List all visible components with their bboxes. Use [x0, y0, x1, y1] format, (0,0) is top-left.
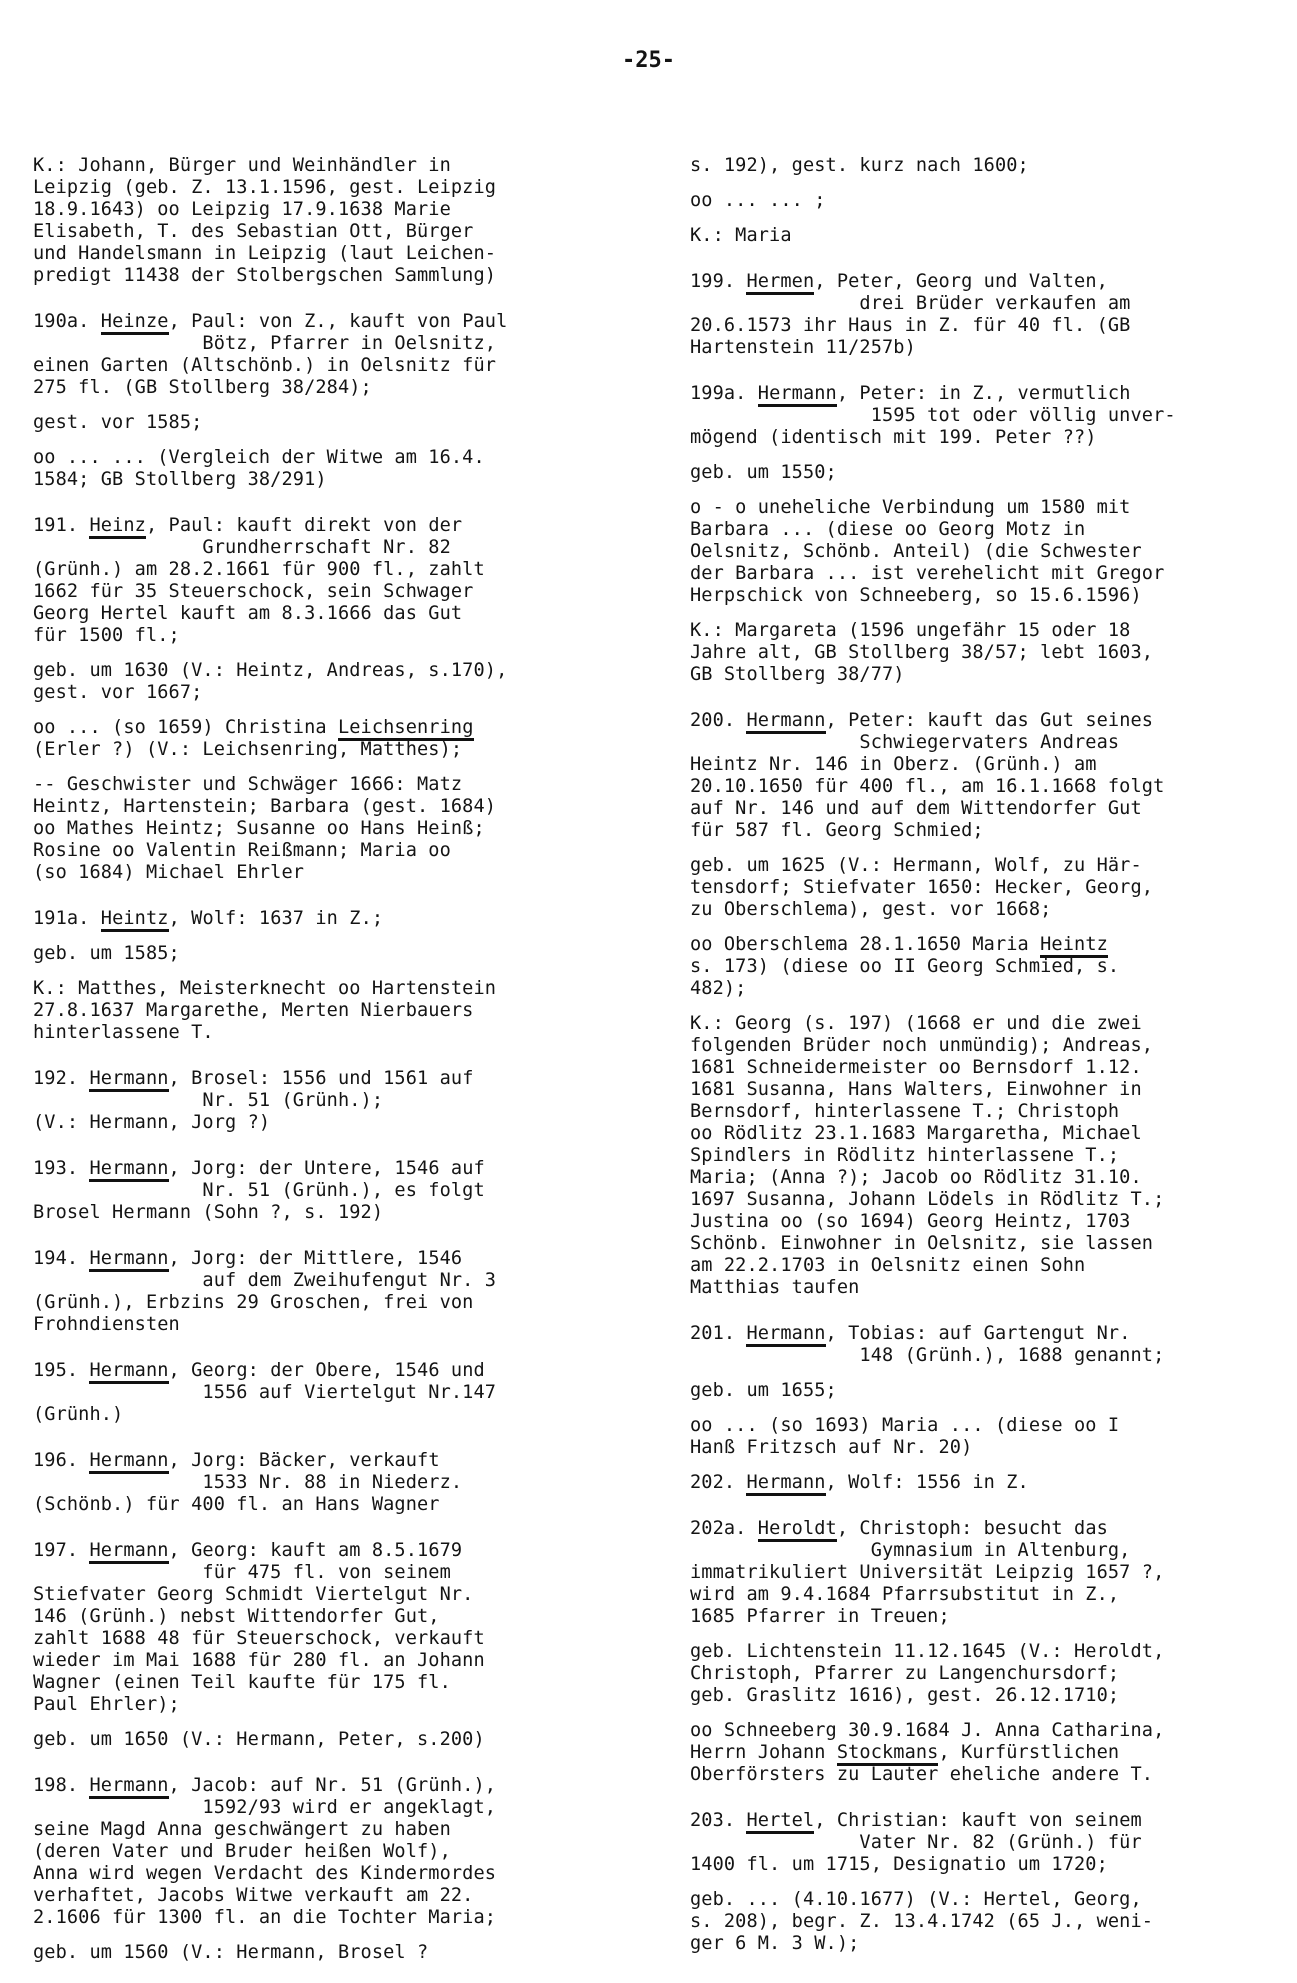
underlined-name: Heintz — [1040, 934, 1108, 958]
text-line: 195. Hermann, Georg: der Obere, 1546 und — [33, 1360, 633, 1382]
text-line: 1662 für 35 Steuerschock, sein Schwager — [33, 581, 633, 603]
text-line: oo ... (so 1659) Christina Leichsenring — [33, 717, 633, 739]
text-line: 203. Hertel, Christian: kauft von seinem — [690, 1810, 1290, 1832]
page-number: -25- — [0, 48, 1297, 73]
register-entry: 202a. Heroldt, Christoph: besucht das Gy… — [690, 1518, 1290, 1628]
text-line: 20.10.1650 für 400 fl., am 16.1.1668 fol… — [690, 776, 1290, 798]
text-line: s. 173) (diese oo II Georg Schmied, s. — [690, 956, 1290, 978]
text-line: (V.: Hermann, Jorg ?) — [33, 1112, 633, 1134]
text-line: geb. um 1650 (V.: Hermann, Peter, s.200) — [33, 1729, 633, 1751]
text-line: oo ... (so 1693) Maria ... (diese oo I — [690, 1415, 1290, 1437]
text-line: für 587 fl. Georg Schmied; — [690, 820, 1290, 842]
text-line: 1685 Pfarrer in Treuen; — [690, 1606, 1290, 1628]
text-line: Oberförsters zu Lauter eheliche andere T… — [690, 1764, 1290, 1786]
register-entry: 196. Hermann, Jorg: Bäcker, verkauft 153… — [33, 1450, 633, 1516]
text-line: oo ... ... ; — [690, 190, 1290, 212]
text-line: oo Oberschlema 28.1.1650 Maria Heintz — [690, 934, 1290, 956]
text-line: o - o uneheliche Verbindung um 1580 mit — [690, 497, 1290, 519]
text-line: (Grünh.), Erbzins 29 Groschen, frei von — [33, 1292, 633, 1314]
text-line: drei Brüder verkaufen am — [690, 293, 1290, 315]
entry-paragraph: K.: Matthes, Meisterknecht oo Hartenstei… — [33, 978, 633, 1044]
register-entry: 199a. Hermann, Peter: in Z., vermutlich … — [690, 383, 1290, 449]
register-entry: 198. Hermann, Jacob: auf Nr. 51 (Grünh.)… — [33, 1775, 633, 1929]
text-line: (Grünh.) — [33, 1404, 633, 1426]
text-line: 1592/93 wird er angeklagt, — [33, 1797, 633, 1819]
text-line: Schwiegervaters Andreas — [690, 732, 1290, 754]
left-column: K.: Johann, Bürger und Weinhändler inLei… — [33, 155, 633, 1977]
text-line: wird am 9.4.1684 Pfarrsubstitut in Z., — [690, 1584, 1290, 1606]
text-line: 1533 Nr. 88 in Niederz. — [33, 1472, 633, 1494]
text-line: K.: Margareta (1596 ungefähr 15 oder 18 — [690, 620, 1290, 642]
text-line: mögend (identisch mit 199. Peter ??) — [690, 427, 1290, 449]
entry-paragraph: geb. um 1650 (V.: Hermann, Peter, s.200) — [33, 1729, 633, 1751]
text-line: 197. Hermann, Georg: kauft am 8.5.1679 — [33, 1540, 633, 1562]
text-line: oo Schneeberg 30.9.1684 J. Anna Catharin… — [690, 1720, 1290, 1742]
surname-heading: Hermann — [746, 1472, 825, 1496]
text-line: Wagner (einen Teil kaufte für 175 fl. — [33, 1672, 633, 1694]
text-line: Paul Ehrler); — [33, 1694, 633, 1716]
text-line: zu Oberschlema), gest. vor 1668; — [690, 899, 1290, 921]
text-line: oo Rödlitz 23.1.1683 Margaretha, Michael — [690, 1123, 1290, 1145]
entry-paragraph: K.: Margareta (1596 ungefähr 15 oder 18J… — [690, 620, 1290, 686]
text-line: verhaftet, Jacobs Witwe verkauft am 22. — [33, 1885, 633, 1907]
text-line: Stiefvater Georg Schmidt Viertelgut Nr. — [33, 1584, 633, 1606]
register-entry: 192. Hermann, Brosel: 1556 und 1561 auf … — [33, 1068, 633, 1134]
text-line: geb. Graslitz 1616), gest. 26.12.1710; — [690, 1685, 1290, 1707]
text-line: 2.1606 für 1300 fl. an die Tochter Maria… — [33, 1907, 633, 1929]
surname-heading: Hermann — [758, 383, 837, 407]
text-line: 1595 tot oder völlig unver- — [690, 405, 1290, 427]
text-line: Brosel Hermann (Sohn ?, s. 192) — [33, 1202, 633, 1224]
surname-heading: Hermann — [89, 1158, 168, 1182]
text-line: 148 (Grünh.), 1688 genannt; — [690, 1345, 1290, 1367]
text-line: s. 208), begr. Z. 13.4.1742 (65 J., weni… — [690, 1911, 1290, 1933]
text-line: 1400 fl. um 1715, Designatio um 1720; — [690, 1854, 1290, 1876]
text-line: Barbara ... (diese oo Georg Motz in — [690, 519, 1290, 541]
register-entry: 201. Hermann, Tobias: auf Gartengut Nr. … — [690, 1323, 1290, 1367]
underlined-name: Stockmans — [837, 1742, 939, 1766]
text-line: und Handelsmann in Leipzig (laut Leichen… — [33, 243, 633, 265]
text-line: (Schönb.) für 400 fl. an Hans Wagner — [33, 1494, 633, 1516]
text-line: Christoph, Pfarrer zu Langenchursdorf; — [690, 1663, 1290, 1685]
text-line: geb. um 1655; — [690, 1380, 1290, 1402]
entry-paragraph: K.: Johann, Bürger und Weinhändler inLei… — [33, 155, 633, 287]
text-line: 202. Hermann, Wolf: 1556 in Z. — [690, 1472, 1290, 1494]
text-line: tensdorf; Stiefvater 1650: Hecker, Georg… — [690, 877, 1290, 899]
surname-heading: Hermann — [89, 1068, 168, 1092]
text-line: oo Mathes Heintz; Susanne oo Hans Heinß; — [33, 818, 633, 840]
text-line: Justina oo (so 1694) Georg Heintz, 1703 — [690, 1211, 1290, 1233]
text-line: Maria; (Anna ?); Jacob oo Rödlitz 31.10. — [690, 1167, 1290, 1189]
entry-paragraph: o - o uneheliche Verbindung um 1580 mitB… — [690, 497, 1290, 607]
text-line: Leipzig (geb. Z. 13.1.1596, gest. Leipzi… — [33, 177, 633, 199]
entry-paragraph: geb. um 1560 (V.: Hermann, Brosel ? — [33, 1942, 633, 1964]
entry-paragraph: oo Oberschlema 28.1.1650 Maria Heintzs. … — [690, 934, 1290, 1000]
text-line: für 1500 fl.; — [33, 625, 633, 647]
text-line: seine Magd Anna geschwängert zu haben — [33, 1819, 633, 1841]
text-line: 202a. Heroldt, Christoph: besucht das — [690, 1518, 1290, 1540]
entry-paragraph: geb. um 1550; — [690, 462, 1290, 484]
entry-paragraph: -- Geschwister und Schwäger 1666: MatzHe… — [33, 774, 633, 884]
register-entry: 191a. Heintz, Wolf: 1637 in Z.; — [33, 908, 633, 930]
register-entry: 193. Hermann, Jorg: der Untere, 1546 auf… — [33, 1158, 633, 1224]
text-line: K.: Georg (s. 197) (1668 er und die zwei — [690, 1013, 1290, 1035]
text-line: immatrikuliert Universität Leipzig 1657 … — [690, 1562, 1290, 1584]
entry-paragraph: oo ... (so 1659) Christina Leichsenring(… — [33, 717, 633, 761]
text-line: 191. Heinz, Paul: kauft direkt von der — [33, 515, 633, 537]
text-line: Hanß Fritzsch auf Nr. 20) — [690, 1437, 1290, 1459]
right-column: s. 192), gest. kurz nach 1600;oo ... ...… — [690, 155, 1290, 1968]
entry-paragraph: oo ... ... (Vergleich der Witwe am 16.4.… — [33, 447, 633, 491]
text-line: geb. Lichtenstein 11.12.1645 (V.: Herold… — [690, 1641, 1290, 1663]
text-line: Georg Hertel kauft am 8.3.1666 das Gut — [33, 603, 633, 625]
entry-paragraph: geb. um 1655; — [690, 1380, 1290, 1402]
text-line: 194. Hermann, Jorg: der Mittlere, 1546 — [33, 1248, 633, 1270]
text-line: Elisabeth, T. des Sebastian Ott, Bürger — [33, 221, 633, 243]
text-line: Jahre alt, GB Stollberg 38/57; lebt 1603… — [690, 642, 1290, 664]
text-line: Frohndiensten — [33, 1314, 633, 1336]
text-line: 146 (Grünh.) nebst Wittendorfer Gut, — [33, 1606, 633, 1628]
entry-paragraph: oo Schneeberg 30.9.1684 J. Anna Catharin… — [690, 1720, 1290, 1786]
register-entry: 197. Hermann, Georg: kauft am 8.5.1679 f… — [33, 1540, 633, 1716]
entry-paragraph: K.: Georg (s. 197) (1668 er und die zwei… — [690, 1013, 1290, 1299]
entry-paragraph: K.: Maria — [690, 225, 1290, 247]
text-line: 1584; GB Stollberg 38/291) — [33, 469, 633, 491]
text-line: 201. Hermann, Tobias: auf Gartengut Nr. — [690, 1323, 1290, 1345]
text-line: Heintz, Hartenstein; Barbara (gest. 1684… — [33, 796, 633, 818]
text-line: (deren Vater und Bruder heißen Wolf), — [33, 1841, 633, 1863]
text-line: folgenden Brüder noch unmündig); Andreas… — [690, 1035, 1290, 1057]
entry-paragraph: oo ... (so 1693) Maria ... (diese oo IHa… — [690, 1415, 1290, 1459]
text-line: Gymnasium in Altenburg, — [690, 1540, 1290, 1562]
text-line: 200. Hermann, Peter: kauft das Gut seine… — [690, 710, 1290, 732]
register-entry: 195. Hermann, Georg: der Obere, 1546 und… — [33, 1360, 633, 1426]
text-line: oo ... ... (Vergleich der Witwe am 16.4. — [33, 447, 633, 469]
text-line: Herpschick von Schneeberg, so 15.6.1596) — [690, 585, 1290, 607]
register-entry: 203. Hertel, Christian: kauft von seinem… — [690, 1810, 1290, 1876]
text-line: 27.8.1637 Margarethe, Merten Nierbauers — [33, 1000, 633, 1022]
text-line: Hartenstein 11/257b) — [690, 337, 1290, 359]
text-line: (Erler ?) (V.: Leichsenring, Matthes); — [33, 739, 633, 761]
entry-paragraph: geb. um 1585; — [33, 943, 633, 965]
text-line: am 22.2.1703 in Oelsnitz einen Sohn — [690, 1255, 1290, 1277]
text-line: der Barbara ... ist verehelicht mit Greg… — [690, 563, 1290, 585]
text-line: geb. um 1630 (V.: Heintz, Andreas, s.170… — [33, 660, 633, 682]
text-line: 193. Hermann, Jorg: der Untere, 1546 auf — [33, 1158, 633, 1180]
surname-heading: Heinze — [101, 311, 169, 335]
text-line: K.: Matthes, Meisterknecht oo Hartenstei… — [33, 978, 633, 1000]
register-entry: 190a. Heinze, Paul: von Z., kauft von Pa… — [33, 311, 633, 399]
surname-heading: Heinz — [89, 515, 145, 539]
text-line: K.: Maria — [690, 225, 1290, 247]
text-line: Heintz Nr. 146 in Oberz. (Grünh.) am — [690, 754, 1290, 776]
text-line: 199. Hermen, Peter, Georg und Valten, — [690, 271, 1290, 293]
text-line: 192. Hermann, Brosel: 1556 und 1561 auf — [33, 1068, 633, 1090]
surname-heading: Heroldt — [758, 1518, 837, 1542]
surname-heading: Hertel — [746, 1810, 814, 1834]
register-entry: 200. Hermann, Peter: kauft das Gut seine… — [690, 710, 1290, 842]
text-line: Herrn Johann Stockmans, Kurfürstlichen — [690, 1742, 1290, 1764]
surname-heading: Hermann — [746, 1323, 825, 1347]
text-line: s. 192), gest. kurz nach 1600; — [690, 155, 1290, 177]
text-line: für 475 fl. von seinem — [33, 1562, 633, 1584]
surname-heading: Hermann — [746, 710, 825, 734]
text-line: Oelsnitz, Schönb. Anteil) (die Schwester — [690, 541, 1290, 563]
text-line: Bernsdorf, hinterlassene T.; Christoph — [690, 1101, 1290, 1123]
text-line: ger 6 M. 3 W.); — [690, 1933, 1290, 1955]
entry-paragraph: geb. Lichtenstein 11.12.1645 (V.: Herold… — [690, 1641, 1290, 1707]
text-line: 275 fl. (GB Stollberg 38/284); — [33, 377, 633, 399]
surname-heading: Hermann — [89, 1450, 168, 1474]
entry-paragraph: s. 192), gest. kurz nach 1600; — [690, 155, 1290, 177]
entry-paragraph: gest. vor 1585; — [33, 412, 633, 434]
text-line: geb. um 1550; — [690, 462, 1290, 484]
text-line: Bötz, Pfarrer in Oelsnitz, — [33, 333, 633, 355]
text-line: Schönb. Einwohner in Oelsnitz, sie lasse… — [690, 1233, 1290, 1255]
text-line: K.: Johann, Bürger und Weinhändler in — [33, 155, 633, 177]
surname-heading: Hermann — [89, 1540, 168, 1564]
text-line: 190a. Heinze, Paul: von Z., kauft von Pa… — [33, 311, 633, 333]
text-line: gest. vor 1667; — [33, 682, 633, 704]
text-line: hinterlassene T. — [33, 1022, 633, 1044]
surname-heading: Hermann — [89, 1360, 168, 1384]
text-line: geb. um 1585; — [33, 943, 633, 965]
text-line: (Grünh.) am 28.2.1661 für 900 fl., zahlt — [33, 559, 633, 581]
text-line: gest. vor 1585; — [33, 412, 633, 434]
surname-heading: Hermann — [89, 1248, 168, 1272]
text-line: 20.6.1573 ihr Haus in Z. für 40 fl. (GB — [690, 315, 1290, 337]
text-line: Nr. 51 (Grünh.), es folgt — [33, 1180, 633, 1202]
register-entry: 191. Heinz, Paul: kauft direkt von der G… — [33, 515, 633, 647]
text-line: Rosine oo Valentin Reißmann; Maria oo — [33, 840, 633, 862]
text-line: einen Garten (Altschönb.) in Oelsnitz fü… — [33, 355, 633, 377]
text-line: zahlt 1688 48 für Steuerschock, verkauft — [33, 1628, 633, 1650]
text-line: 199a. Hermann, Peter: in Z., vermutlich — [690, 383, 1290, 405]
register-entry: 194. Hermann, Jorg: der Mittlere, 1546 a… — [33, 1248, 633, 1336]
entry-paragraph: geb. um 1625 (V.: Hermann, Wolf, zu Här-… — [690, 855, 1290, 921]
text-line: predigt 11438 der Stolbergschen Sammlung… — [33, 265, 633, 287]
text-line: auf dem Zweihufengut Nr. 3 — [33, 1270, 633, 1292]
entry-paragraph: geb. ... (4.10.1677) (V.: Hertel, Georg,… — [690, 1889, 1290, 1955]
text-line: 1681 Schneidermeister oo Bernsdorf 1.12. — [690, 1057, 1290, 1079]
surname-heading: Hermann — [89, 1775, 168, 1799]
text-line: 1556 auf Viertelgut Nr.147 — [33, 1382, 633, 1404]
text-line: (so 1684) Michael Ehrler — [33, 862, 633, 884]
text-line: 198. Hermann, Jacob: auf Nr. 51 (Grünh.)… — [33, 1775, 633, 1797]
text-line: geb. um 1560 (V.: Hermann, Brosel ? — [33, 1942, 633, 1964]
text-line: Nr. 51 (Grünh.); — [33, 1090, 633, 1112]
text-line: 1681 Susanna, Hans Walters, Einwohner in — [690, 1079, 1290, 1101]
text-line: 482); — [690, 978, 1290, 1000]
text-line: Grundherrschaft Nr. 82 — [33, 537, 633, 559]
text-line: -- Geschwister und Schwäger 1666: Matz — [33, 774, 633, 796]
text-line: Anna wird wegen Verdacht des Kindermorde… — [33, 1863, 633, 1885]
text-line: GB Stollberg 38/77) — [690, 664, 1290, 686]
text-line: Spindlers in Rödlitz hinterlassene T.; — [690, 1145, 1290, 1167]
underlined-name: Leichsenring — [338, 717, 474, 741]
register-entry: 202. Hermann, Wolf: 1556 in Z. — [690, 1472, 1290, 1494]
text-line: geb. ... (4.10.1677) (V.: Hertel, Georg, — [690, 1889, 1290, 1911]
text-line: 18.9.1643) oo Leipzig 17.9.1638 Marie — [33, 199, 633, 221]
text-line: 196. Hermann, Jorg: Bäcker, verkauft — [33, 1450, 633, 1472]
text-line: 191a. Heintz, Wolf: 1637 in Z.; — [33, 908, 633, 930]
surname-heading: Hermen — [746, 271, 814, 295]
entry-paragraph: oo ... ... ; — [690, 190, 1290, 212]
text-line: wieder im Mai 1688 für 280 fl. an Johann — [33, 1650, 633, 1672]
register-entry: 199. Hermen, Peter, Georg und Valten, dr… — [690, 271, 1290, 359]
text-line: geb. um 1625 (V.: Hermann, Wolf, zu Här- — [690, 855, 1290, 877]
surname-heading: Heintz — [101, 908, 169, 932]
text-line: Vater Nr. 82 (Grünh.) für — [690, 1832, 1290, 1854]
entry-paragraph: geb. um 1630 (V.: Heintz, Andreas, s.170… — [33, 660, 633, 704]
text-line: auf Nr. 146 und auf dem Wittendorfer Gut — [690, 798, 1290, 820]
text-line: 1697 Susanna, Johann Lödels in Rödlitz T… — [690, 1189, 1290, 1211]
text-line: Matthias taufen — [690, 1277, 1290, 1299]
